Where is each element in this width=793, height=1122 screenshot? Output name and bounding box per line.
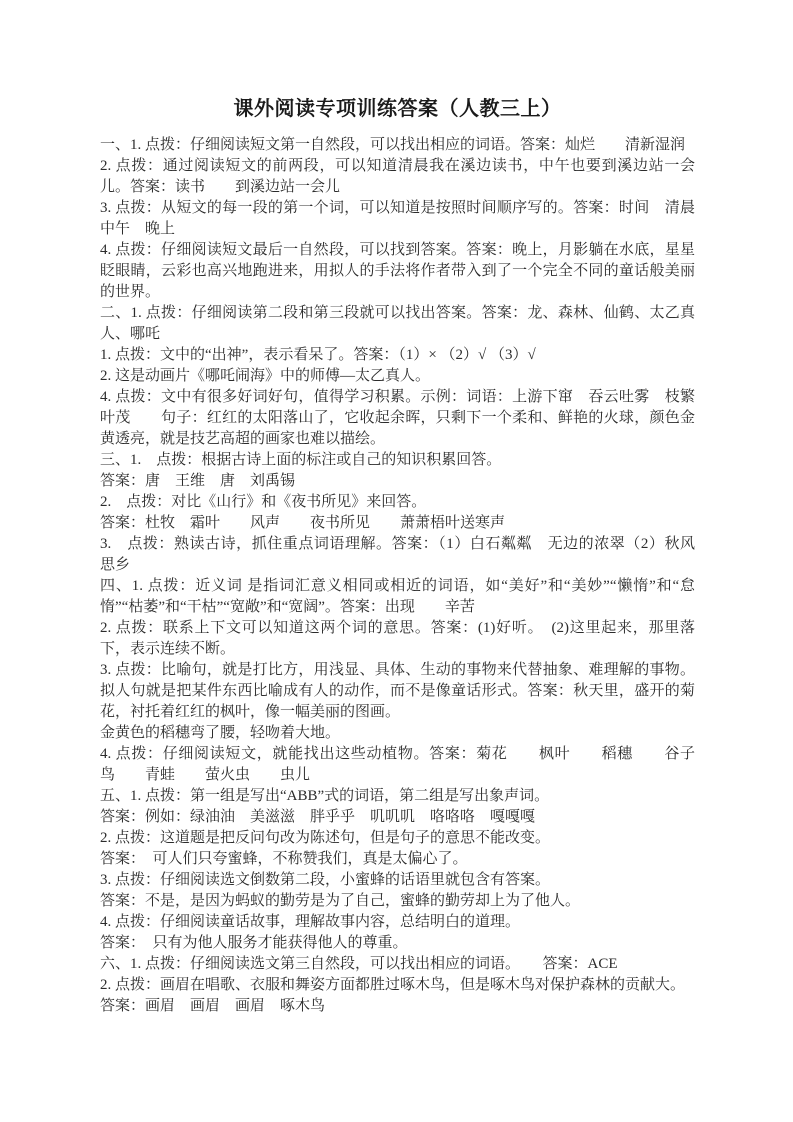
document-body: 一、1. 点拨：仔细阅读短文第一自然段，可以找出相应的词语。答案：灿烂 清新湿润…	[100, 135, 695, 1017]
paragraph: 4. 点拨：仔细阅读短文最后一自然段，可以找到答案。答案：晚上，月影躺在水底，星…	[100, 240, 695, 303]
paragraph: 3. 点拨：比喻句，就是打比方，用浅显、具体、生动的事物来代替抽象、难理解的事物…	[100, 660, 695, 723]
paragraph: 六、1. 点拨：仔细阅读选文第三自然段，可以找出相应的词语。 答案：ACE	[100, 954, 695, 975]
paragraph: 2. 点拨：这道题是把反问句改为陈述句，但是句子的意思不能改变。	[100, 828, 695, 849]
paragraph: 答案：不是，是因为蚂蚁的勤劳是为了自己，蜜蜂的勤劳却上为了他人。	[100, 891, 695, 912]
paragraph: 2. 这是动画片《哪吒闹海》中的师傅—太乙真人。	[100, 366, 695, 387]
paragraph: 3. 点拨：熟读古诗，抓住重点词语理解。答案：（1）白石粼粼 无边的浓翠（2）秋…	[100, 534, 695, 576]
paragraph: 2. 点拨：通过阅读短文的前两段，可以知道清晨我在溪边读书，中午也要到溪边站一会…	[100, 156, 695, 198]
paragraph: 2. 点拨：对比《山行》和《夜书所见》来回答。	[100, 492, 695, 513]
paragraph: 四、1. 点拨：近义词 是指词汇意义相同或相近的词语，如“美好”和“美妙”“懒惰…	[100, 576, 695, 618]
paragraph: 答案：例如：绿油油 美滋滋 胖乎乎 叽叽叽 咯咯咯 嘎嘎嘎	[100, 807, 695, 828]
paragraph: 二、1. 点拨：仔细阅读第二段和第三段就可以找出答案。答案：龙、森林、仙鹤、太乙…	[100, 303, 695, 345]
paragraph: 3. 点拨：仔细阅读选文倒数第二段，小蜜蜂的话语里就包含有答案。	[100, 870, 695, 891]
paragraph: 答案：唐 王维 唐 刘禹锡	[100, 471, 695, 492]
paragraph: 3. 点拨：从短文的每一段的第一个词，可以知道是按照时间顺序写的。答案：时间 清…	[100, 198, 695, 240]
paragraph: 答案：杜牧 霜叶 风声 夜书所见 萧萧梧叶送寒声	[100, 513, 695, 534]
paragraph: 答案：画眉 画眉 画眉 啄木鸟	[100, 996, 695, 1017]
paragraph: 4. 点拨：仔细阅读童话故事，理解故事内容，总结明白的道理。	[100, 912, 695, 933]
page-title: 课外阅读专项训练答案（人教三上）	[100, 96, 695, 122]
paragraph: 答案： 可人们只夸蜜蜂，不称赞我们，真是太偏心了。	[100, 849, 695, 870]
paragraph: 4. 点拨：文中有很多好词好句，值得学习积累。示例：词语：上游下窜 吞云吐雾 枝…	[100, 387, 695, 450]
paragraph: 一、1. 点拨：仔细阅读短文第一自然段，可以找出相应的词语。答案：灿烂 清新湿润	[100, 135, 695, 156]
paragraph: 1. 点拨：文中的“出神”，表示看呆了。答案：（1）× （2）√ （3）√	[100, 345, 695, 366]
paragraph: 答案： 只有为他人服务才能获得他人的尊重。	[100, 933, 695, 954]
paragraph: 三、1. 点拨：根据古诗上面的标注或自己的知识积累回答。	[100, 450, 695, 471]
paragraph: 2. 点拨：画眉在唱歌、衣服和舞姿方面都胜过啄木鸟，但是啄木鸟对保护森林的贡献大…	[100, 975, 695, 996]
paragraph: 五、1. 点拨：第一组是写出“ABB”式的词语，第二组是写出象声词。	[100, 786, 695, 807]
document-page: 课外阅读专项训练答案（人教三上） 一、1. 点拨：仔细阅读短文第一自然段，可以找…	[0, 0, 793, 1122]
paragraph: 2. 点拨：联系上下文可以知道这两个词的意思。答案：(1)好听。 (2)这里起来…	[100, 618, 695, 660]
paragraph: 金黄色的稻穗弯了腰，轻吻着大地。	[100, 723, 695, 744]
paragraph: 4. 点拨：仔细阅读短文，就能找出这些动植物。答案：菊花 枫叶 稻穗 谷子 鸟 …	[100, 744, 695, 786]
